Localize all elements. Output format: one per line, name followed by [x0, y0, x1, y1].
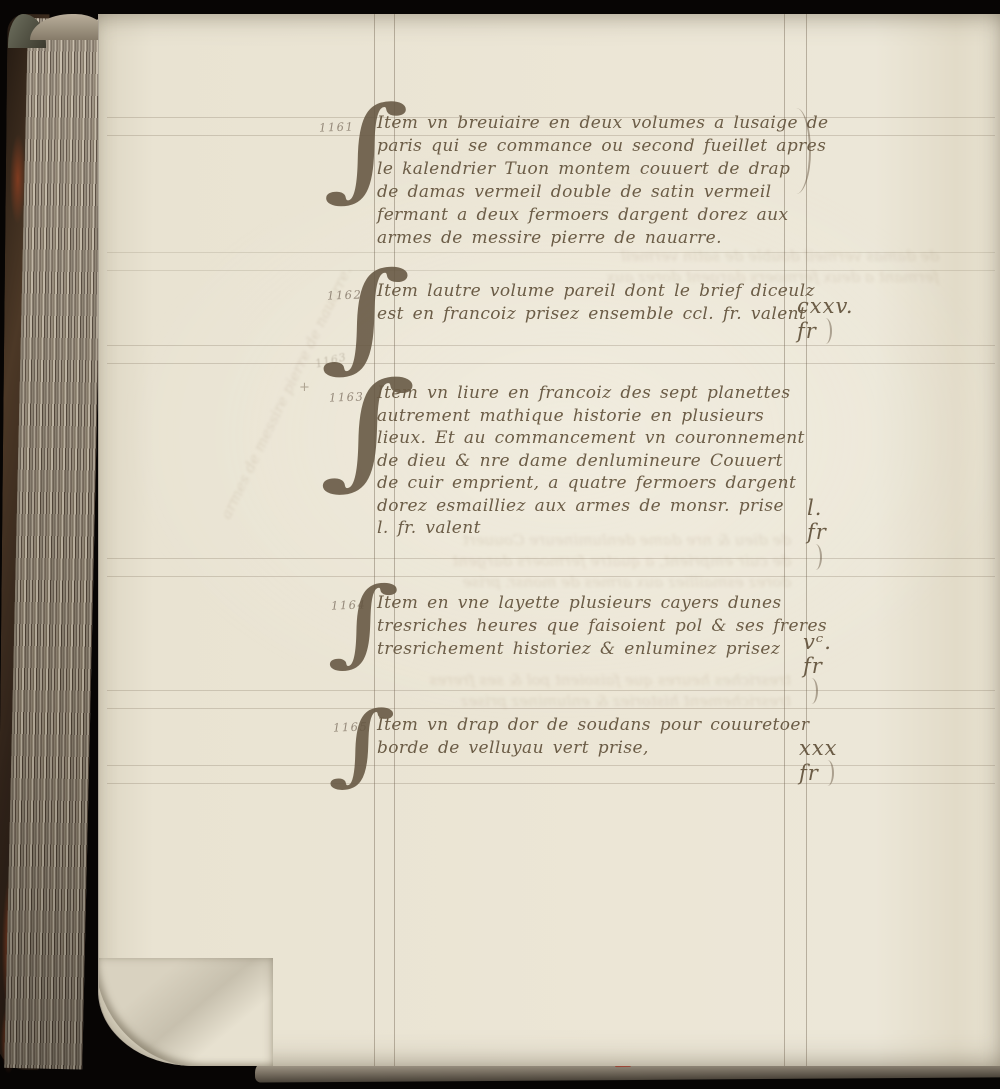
manuscript-line: lieux. Et au commancement vn couronnemen… — [377, 427, 809, 450]
ruling-line-horizontal — [107, 363, 995, 364]
manuscript-line: paris qui se commance ou second fueillet… — [377, 135, 809, 158]
entry-text: Item lautre volume pareil dont le brief … — [377, 280, 809, 326]
price-value: l. fr — [807, 496, 827, 570]
manuscript-line: dorez esmailliez aux armes de monsr. pri… — [377, 495, 809, 518]
manuscript-line: Item vn breuiaire en deux volumes a lusa… — [377, 112, 809, 135]
ruling-line-horizontal — [107, 345, 995, 346]
manuscript-line: de dieu & nre dame denlumineure Couuert — [377, 450, 809, 473]
manuscript-line: l. fr. valent — [377, 517, 809, 540]
manuscript-line: tresriches heures que faisoient pol & se… — [377, 615, 809, 638]
manuscript-line: de damas vermeil double de satin vermeil — [377, 181, 809, 204]
manuscript-line: de cuir emprient, a quatre fermoers darg… — [377, 472, 809, 495]
manuscript-line: autrement mathique historie en plusieurs — [377, 405, 809, 428]
manuscript-line: Item lautre volume pareil dont le brief … — [377, 280, 809, 303]
manuscript-line: le kalendrier Tuon montem couuert de dra… — [377, 158, 809, 181]
manuscript-line: borde de velluyau vert prise, — [377, 737, 809, 760]
manuscript-line: tresrichement historiez & enluminez pris… — [377, 638, 809, 661]
price-value: xxx fr — [799, 736, 838, 786]
entry-text: Item en vne layette plusieurs cayers dun… — [377, 592, 809, 661]
entry-text: Item vn drap dor de soudans pour couuret… — [377, 714, 809, 760]
price-value: vᶜ. fr — [803, 630, 832, 704]
manuscript-line: Item en vne layette plusieurs cayers dun… — [377, 592, 809, 615]
manuscript-line: fermant a deux fermoers dargent dorez au… — [377, 204, 809, 227]
ruling-line-horizontal — [107, 783, 995, 784]
manuscript-line: armes de messire pierre de nauarre. — [377, 227, 809, 250]
price-value: cxxv. fr — [797, 294, 854, 344]
entry-text: Item vn liure en francoiz des sept plane… — [377, 382, 809, 540]
ruling-line-horizontal — [107, 765, 995, 766]
margin-plus-mark: + — [299, 380, 310, 395]
manuscript-line: Item vn liure en francoiz des sept plane… — [377, 382, 809, 405]
show-through-text: tresriches heures que faisoient pol & se… — [391, 670, 791, 712]
page-corner-curl — [98, 958, 273, 1066]
entry-text: Item vn breuiaire en deux volumes a lusa… — [377, 112, 809, 250]
manuscript-line: est en francoiz prisez ensemble ccl. fr.… — [377, 303, 809, 326]
book-photograph: de damas vermeil double de satin vermeil… — [0, 0, 1000, 1089]
manuscript-page: de damas vermeil double de satin vermeil… — [98, 14, 1000, 1066]
manuscript-line: Item vn drap dor de soudans pour couuret… — [377, 714, 809, 737]
